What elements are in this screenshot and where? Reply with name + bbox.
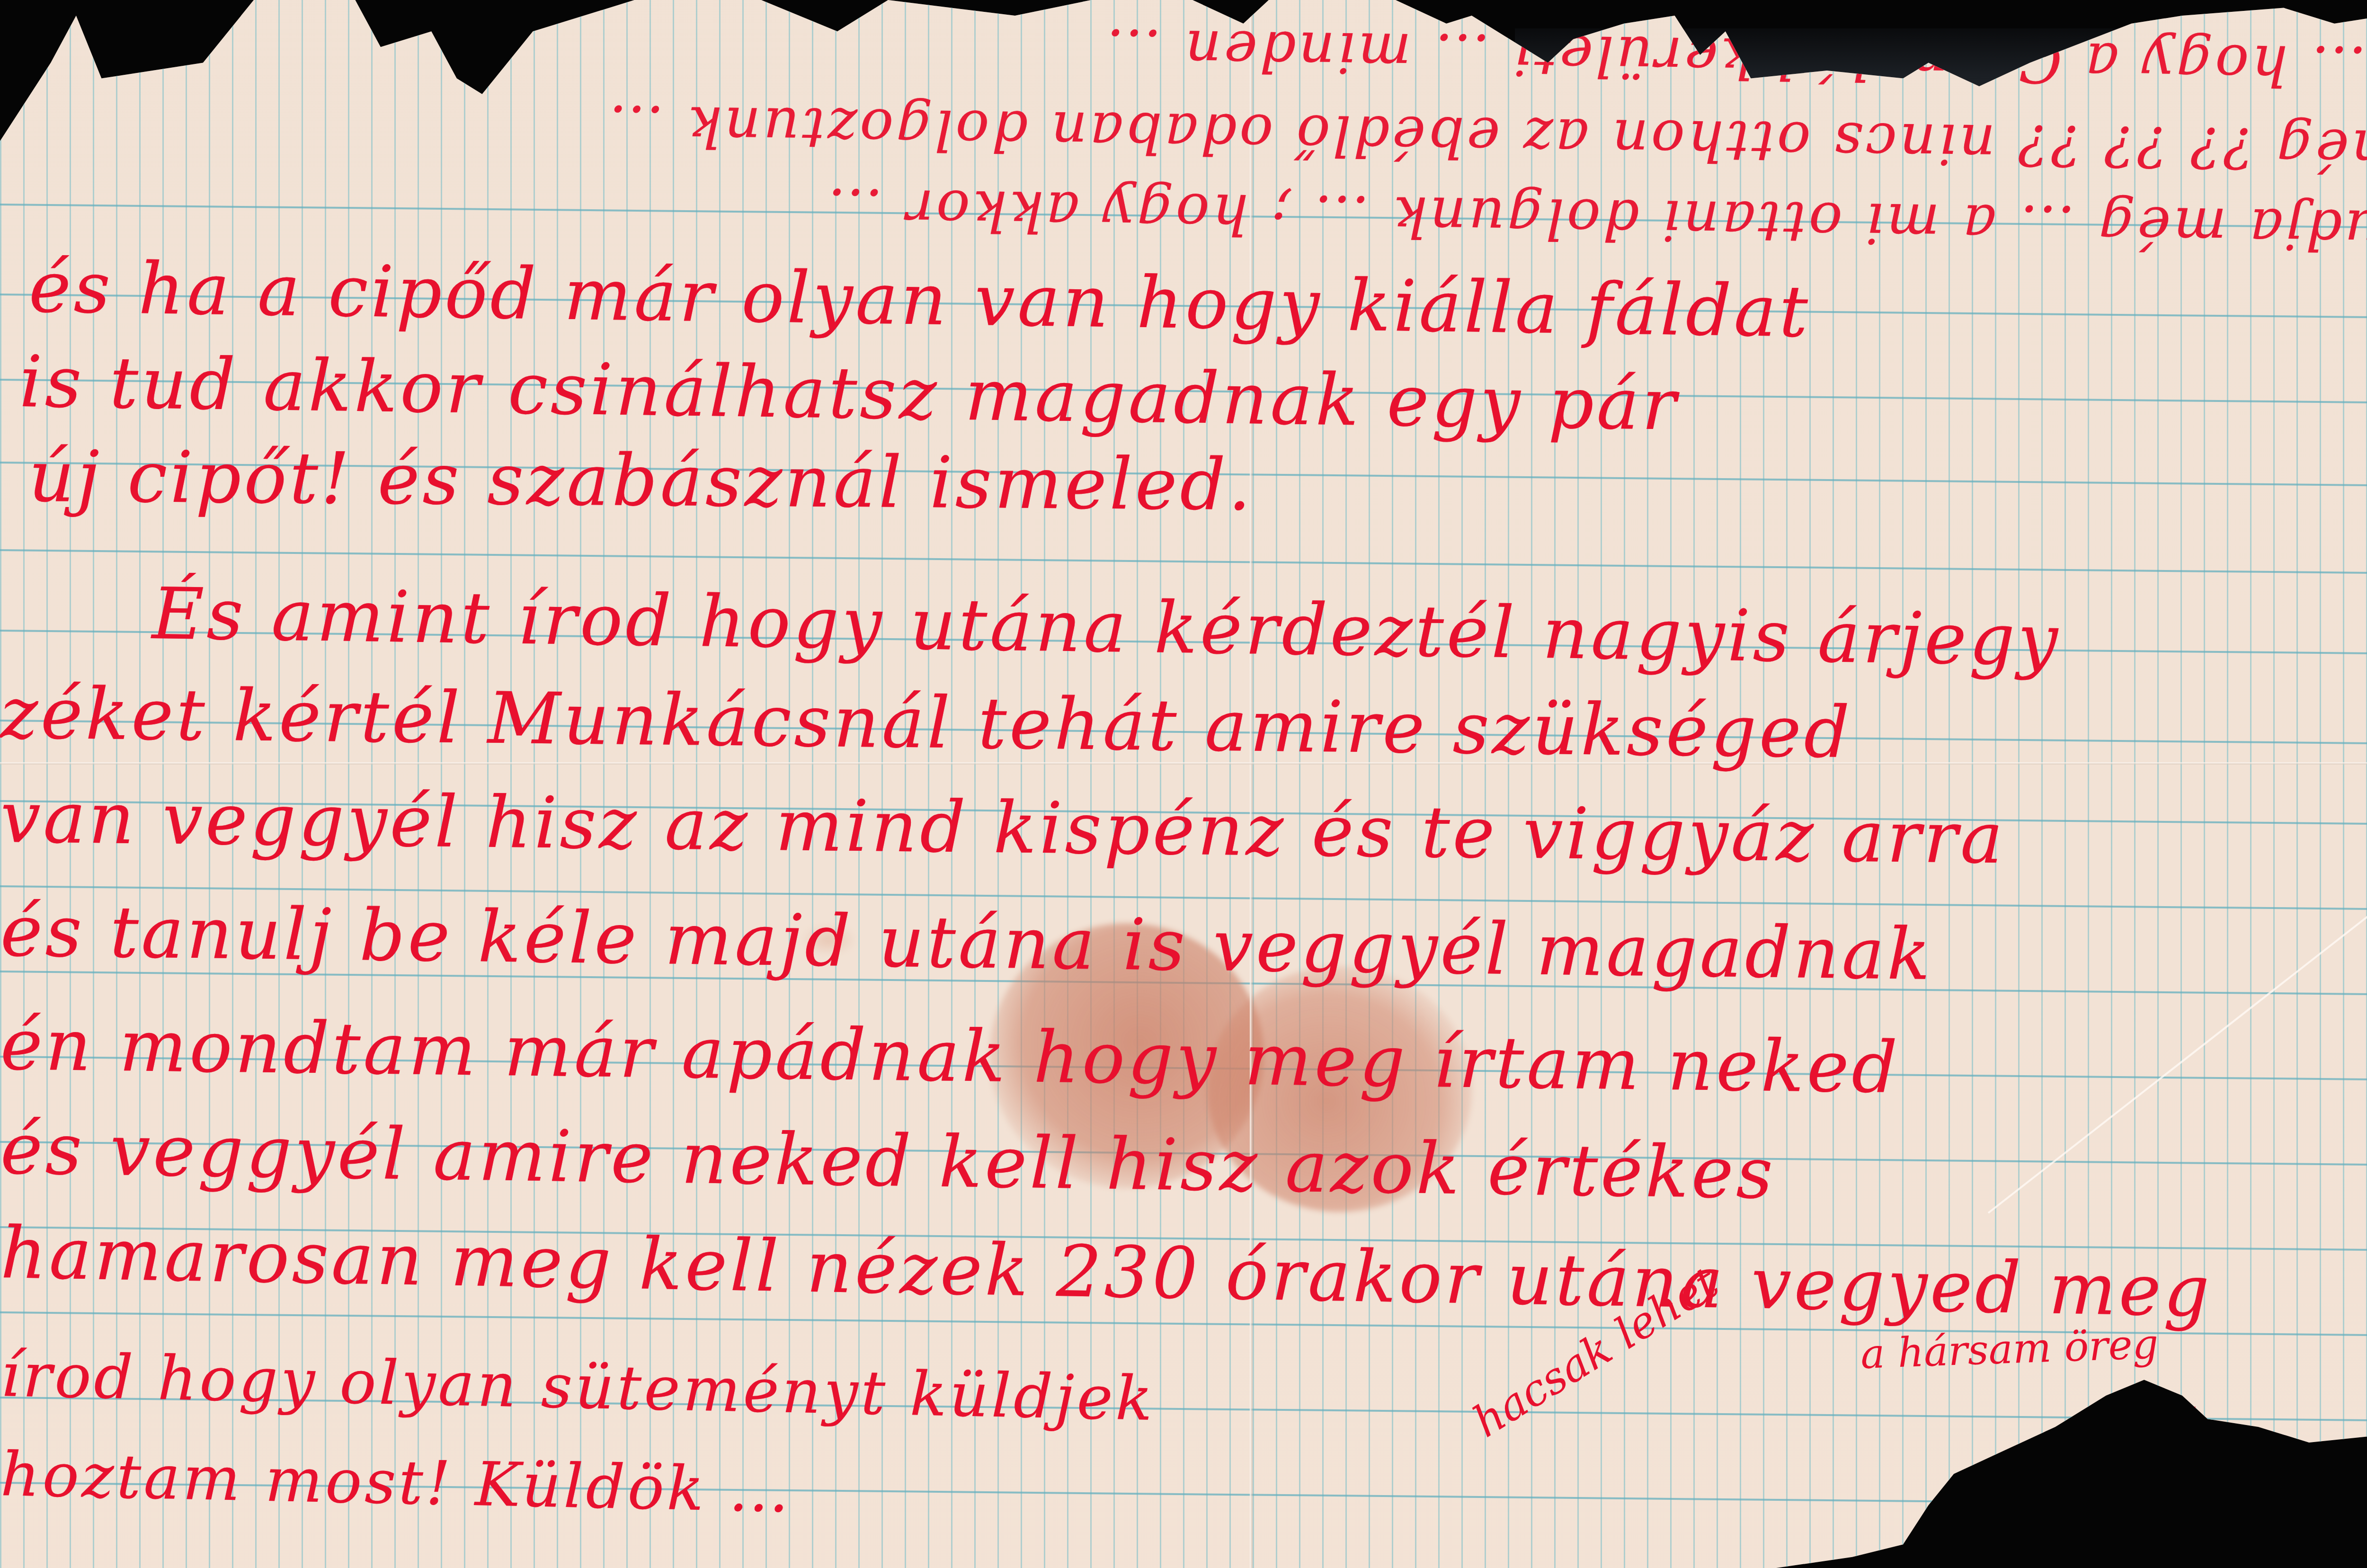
- letter-line: zéket kértél Munkácsnál tehát amire szük…: [0, 672, 1853, 774]
- letter-line: is tud akkor csinálhatsz magadnak egy pá…: [19, 341, 1679, 446]
- margin-note: a hársam öreg: [1860, 1320, 2159, 1378]
- letter-line: van veggyél hisz az mind kispénz és te v…: [0, 776, 2006, 880]
- letter-line: És amint írod hogy utána kérdeztél nagyi…: [151, 573, 2061, 682]
- letter-line: új cipőt! és szabásznál ismeled.: [28, 436, 1254, 526]
- ruling-line: [0, 549, 2367, 575]
- letter-line: és ha a cipőd már olyan van hogy kiálla …: [28, 246, 1811, 354]
- margin-note: mink: [2121, 1401, 2207, 1441]
- upside-down-line: ő még ?? ?? ?? nincs otthon az ebédlő od…: [47, 85, 2367, 184]
- letter-line: és tanulj be kéle majd utána is veggyél …: [0, 890, 1933, 996]
- upside-down-line: … tudja még … a mi ottani dolgunk … ; ho…: [71, 165, 2367, 264]
- scanned-letter: … hogy a Czenglód kerületi … minden … ő …: [0, 0, 2367, 1568]
- paper-sheet: … hogy a Czenglód kerületi … minden … ő …: [0, 0, 2367, 1568]
- letter-line: én mondtam már apádnak hogy meg írtam ne…: [0, 1004, 1901, 1109]
- letter-line: írod hogy olyan süteményt küldjek: [0, 1340, 1156, 1434]
- letter-line: és veggyél amire neked kell hisz azok ér…: [0, 1108, 1776, 1215]
- letter-line: hoztam most! Küldök …: [0, 1439, 793, 1526]
